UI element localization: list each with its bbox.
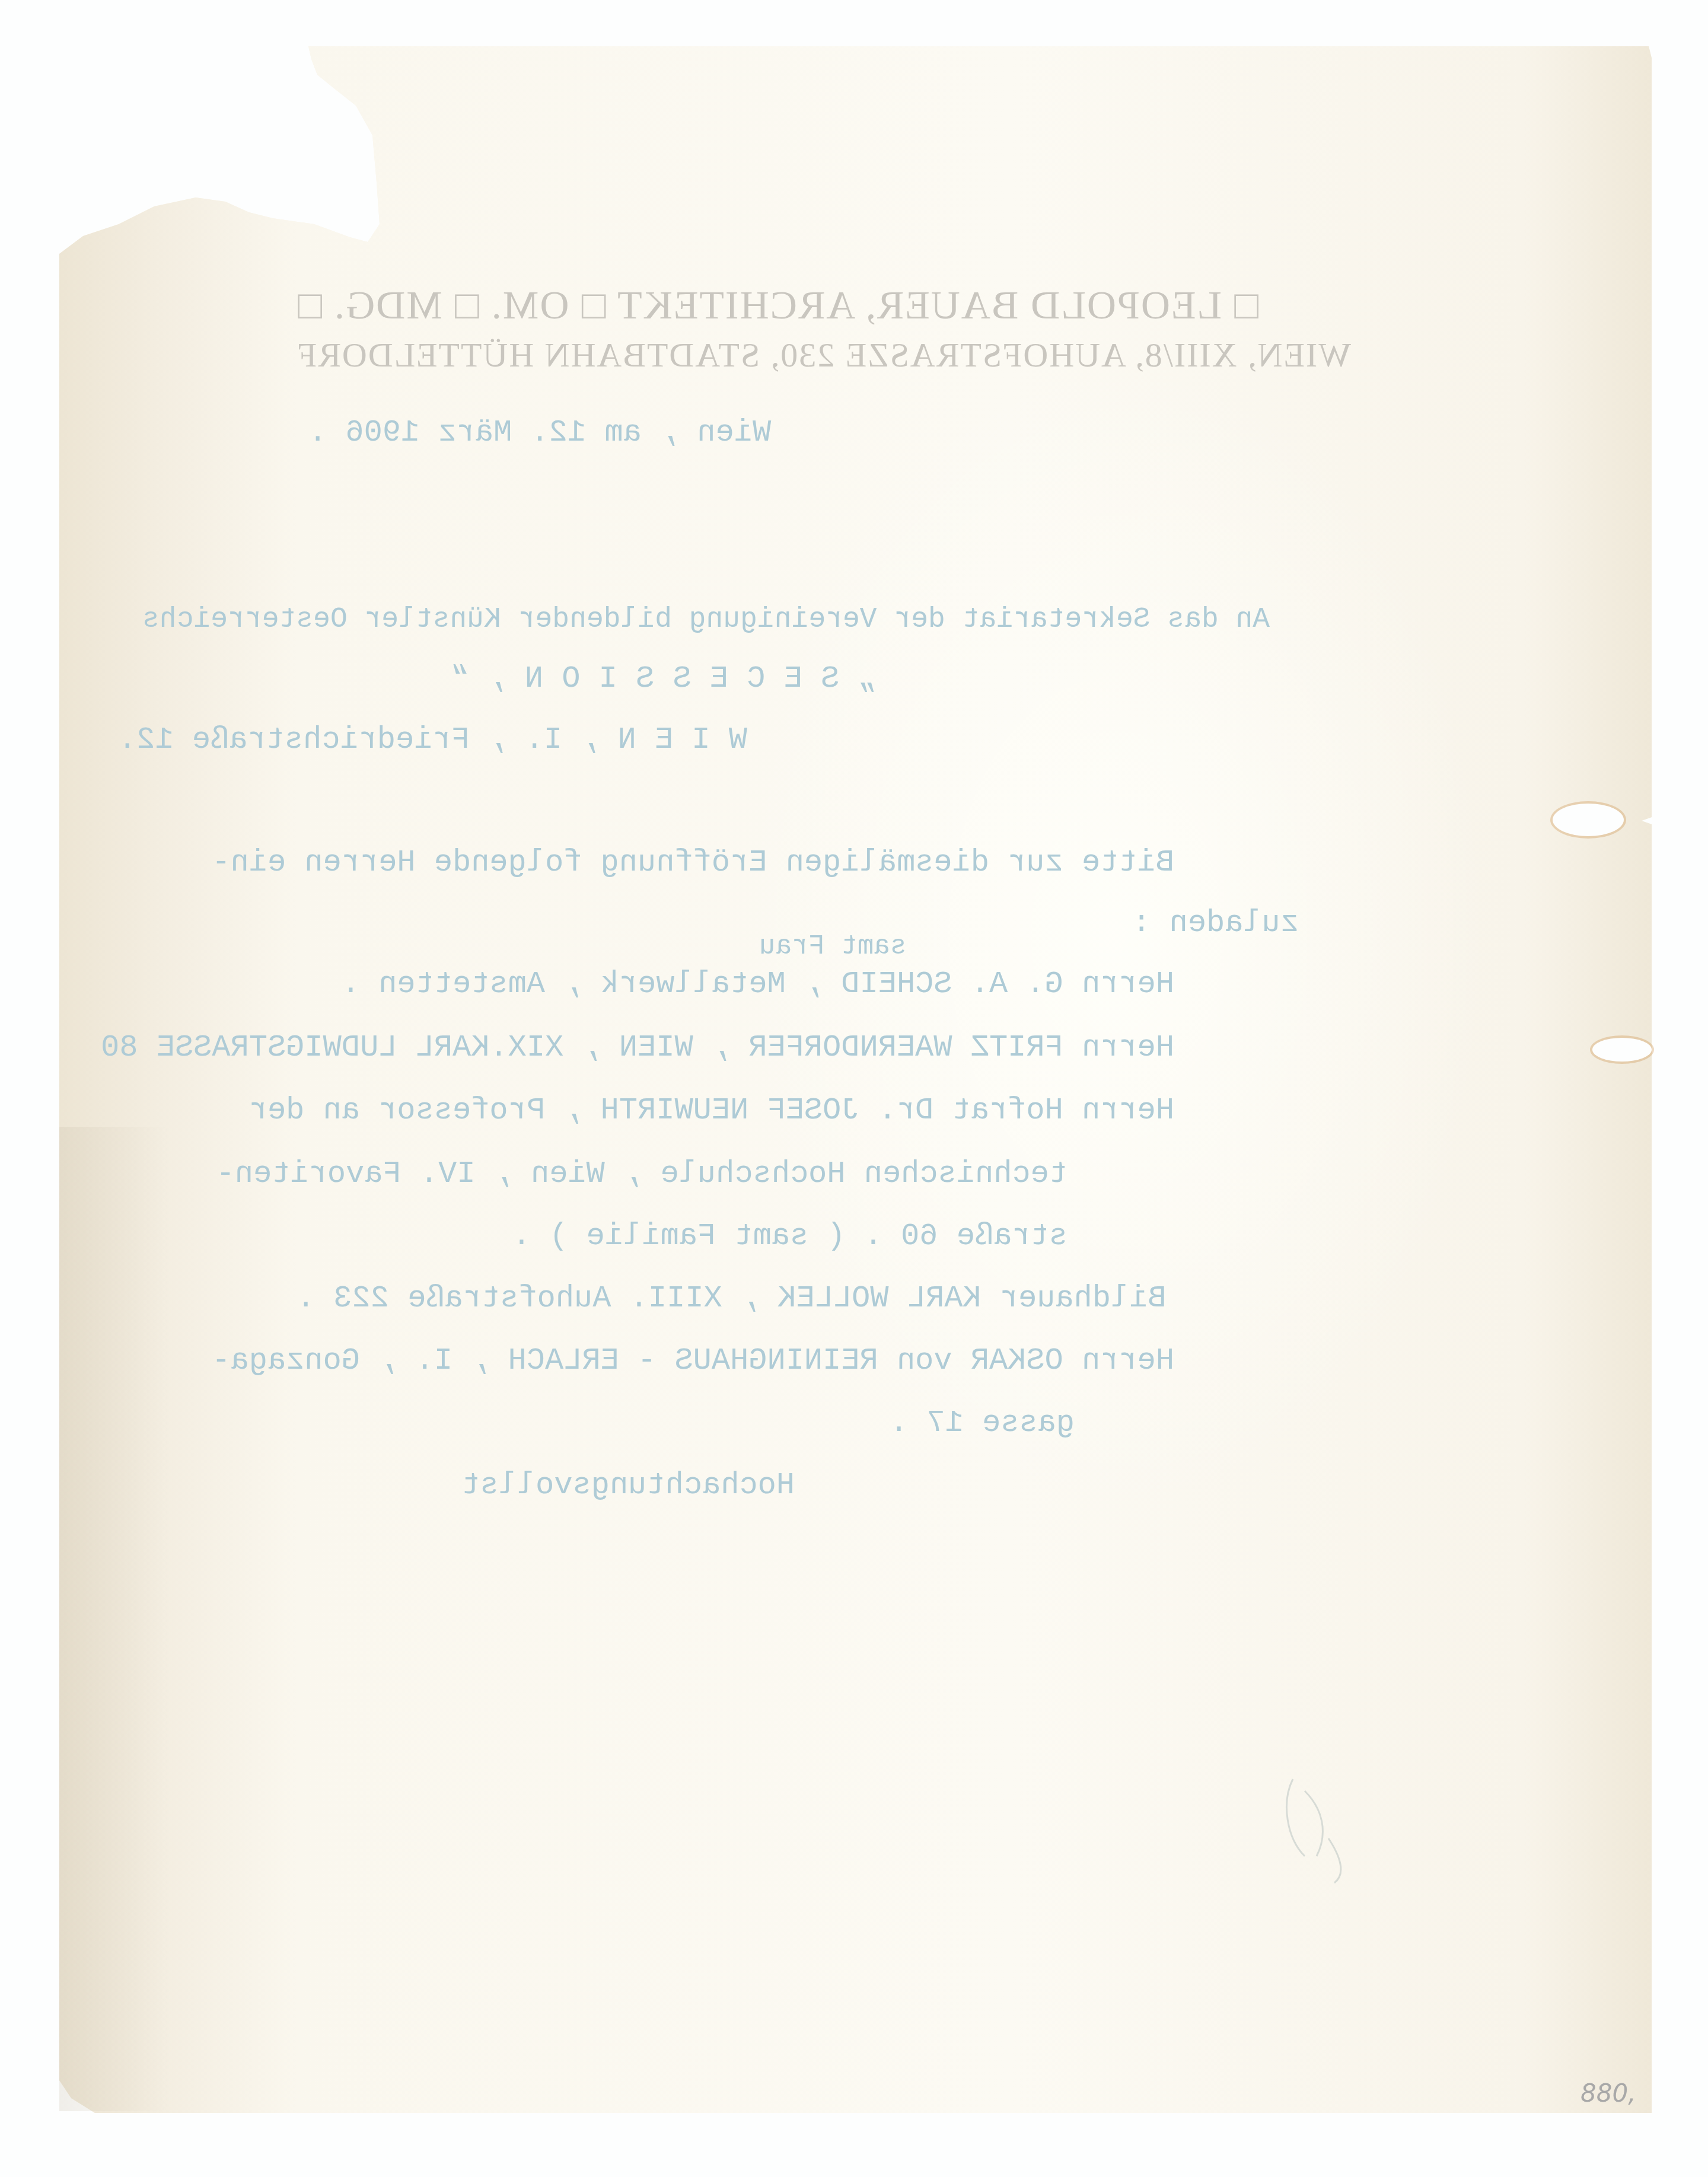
recipient-line-2: „ S E C E S S I O N , “ — [451, 661, 925, 696]
guest-line: Bildhauer KARL WOLLEK , XIII. Auhofstraß… — [297, 1281, 1174, 1316]
recipient-line-3: W I E N , I. , Friedrichstraße 12. — [154, 722, 747, 757]
date-line: Wien , am 12. März 1906 . — [308, 415, 961, 450]
letterhead-line-2: WIEN, XIII/8, AUHOFSTRASZE 230, STADTBAH… — [297, 335, 1483, 375]
paper-fold-crease — [59, 1127, 196, 2111]
guest-line: Herrn Hofrat Dr. JOSEF NEUWIRTH , Profes… — [261, 1093, 1174, 1128]
guest-line: Herrn G. A. SCHEID , Metallwerk , Amstet… — [356, 967, 1174, 1002]
archive-number: 880, — [1580, 2079, 1636, 2108]
paper-hole-damage — [1592, 1038, 1652, 1062]
guest-line: straße 60 . ( samt Familie ) . — [569, 1219, 1067, 1254]
guest-line: Herrn OSKAR von REININGHAUS - ERLACH , I… — [261, 1343, 1174, 1378]
guest-line: Herrn FRITZ WAERNDORFER , WIEN , XIX.KAR… — [154, 1030, 1174, 1065]
body-intro-line-1: Bitte zur diesmäligen Eröffnung folgende… — [356, 845, 1174, 880]
guest-line: technischen Hochschule , Wien , IV. Favo… — [225, 1156, 1067, 1191]
guest-line: gasse 17 . — [890, 1405, 1079, 1440]
paper-hole-damage — [1553, 804, 1624, 836]
letterhead-line-1: □ LEOPOLD BAUER, ARCHITEKT □ OM. □ MDG. … — [297, 282, 1483, 329]
inserted-note: samt Frau — [759, 931, 949, 962]
closing-line: Hochachtungsvollst — [463, 1468, 795, 1503]
body-intro-line-2: zuladen : — [1162, 906, 1299, 941]
pencil-mark-icon — [1269, 1767, 1364, 1886]
recipient-line-1: An das Sekretariat der Vereinigung bilde… — [142, 604, 1334, 636]
